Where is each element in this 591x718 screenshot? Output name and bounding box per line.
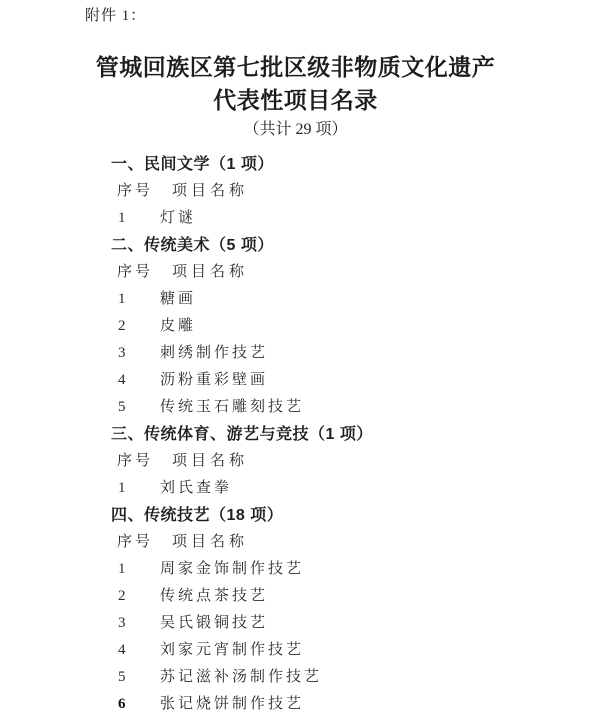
row-number: 3 — [118, 610, 160, 637]
table-row: 3刺绣制作技艺 — [0, 340, 591, 367]
row-number: 1 — [118, 205, 160, 232]
column-header-name: 项目名称 — [172, 453, 248, 469]
section-heading: 四、传统技艺（18 项） — [0, 502, 591, 529]
page-title-line1: 管城回族区第七批区级非物质文化遗产 — [0, 51, 591, 84]
column-header-name: 项目名称 — [172, 264, 248, 280]
project-name: 刘氏查拳 — [160, 480, 232, 496]
row-number: 3 — [118, 340, 160, 367]
section: 一、民间文学（1 项）序号项目名称1灯谜 — [0, 151, 591, 232]
row-number: 2 — [118, 313, 160, 340]
column-header-no: 序号 — [117, 259, 172, 286]
project-name: 苏记滋补汤制作技艺 — [160, 669, 322, 685]
table-header: 序号项目名称 — [0, 178, 591, 205]
table-header: 序号项目名称 — [0, 448, 591, 475]
column-header-name: 项目名称 — [172, 183, 248, 199]
project-name: 糖画 — [160, 291, 196, 307]
project-name: 传统点茶技艺 — [160, 588, 268, 604]
table-row: 5传统玉石雕刻技艺 — [0, 394, 591, 421]
table-row: 4刘家元宵制作技艺 — [0, 637, 591, 664]
section: 四、传统技艺（18 项）序号项目名称1周家金饰制作技艺2传统点茶技艺3吴氏锻铜技… — [0, 502, 591, 718]
project-name: 刺绣制作技艺 — [160, 345, 268, 361]
section-heading: 一、民间文学（1 项） — [0, 151, 591, 178]
row-number: 5 — [118, 394, 160, 421]
table-row: 6张记烧饼制作技艺 — [0, 691, 591, 718]
project-name: 刘家元宵制作技艺 — [160, 642, 304, 658]
project-name: 皮雕 — [160, 318, 196, 334]
table-row: 1灯谜 — [0, 205, 591, 232]
project-name: 灯谜 — [160, 210, 196, 226]
document-page: 附件 1： 管城回族区第七批区级非物质文化遗产 代表性项目名录 （共计 29 项… — [0, 0, 591, 718]
column-header-no: 序号 — [117, 178, 172, 205]
section: 三、传统体育、游艺与竞技（1 项）序号项目名称1刘氏查拳 — [0, 421, 591, 502]
section-heading: 二、传统美术（5 项） — [0, 232, 591, 259]
column-header-no: 序号 — [117, 529, 172, 556]
section: 二、传统美术（5 项）序号项目名称1糖画2皮雕3刺绣制作技艺4沥粉重彩壁画5传统… — [0, 232, 591, 421]
table-row: 1糖画 — [0, 286, 591, 313]
project-name: 张记烧饼制作技艺 — [160, 696, 304, 712]
attachment-label: 附件 1： — [85, 4, 146, 25]
project-name: 吴氏锻铜技艺 — [160, 615, 268, 631]
project-name: 沥粉重彩壁画 — [160, 372, 268, 388]
table-header: 序号项目名称 — [0, 529, 591, 556]
project-name: 传统玉石雕刻技艺 — [160, 399, 304, 415]
page-title-line2: 代表性项目名录 — [0, 84, 591, 117]
table-header: 序号项目名称 — [0, 259, 591, 286]
row-number: 1 — [118, 556, 160, 583]
page-title: 管城回族区第七批区级非物质文化遗产 代表性项目名录 — [0, 51, 591, 117]
table-row: 1刘氏查拳 — [0, 475, 591, 502]
column-header-no: 序号 — [117, 448, 172, 475]
table-row: 5苏记滋补汤制作技艺 — [0, 664, 591, 691]
total-count-subtitle: （共计 29 项） — [0, 120, 591, 140]
table-row: 1周家金饰制作技艺 — [0, 556, 591, 583]
row-number: 1 — [118, 286, 160, 313]
project-name: 周家金饰制作技艺 — [160, 561, 304, 577]
document-body: 一、民间文学（1 项）序号项目名称1灯谜二、传统美术（5 项）序号项目名称1糖画… — [0, 151, 591, 718]
row-number: 2 — [118, 583, 160, 610]
table-row: 2皮雕 — [0, 313, 591, 340]
section-heading: 三、传统体育、游艺与竞技（1 项） — [0, 421, 591, 448]
table-row: 3吴氏锻铜技艺 — [0, 610, 591, 637]
table-row: 4沥粉重彩壁画 — [0, 367, 591, 394]
table-row: 2传统点茶技艺 — [0, 583, 591, 610]
row-number: 4 — [118, 637, 160, 664]
row-number: 5 — [118, 664, 160, 691]
row-number: 4 — [118, 367, 160, 394]
row-number: 6 — [118, 691, 160, 718]
row-number: 1 — [118, 475, 160, 502]
column-header-name: 项目名称 — [172, 534, 248, 550]
